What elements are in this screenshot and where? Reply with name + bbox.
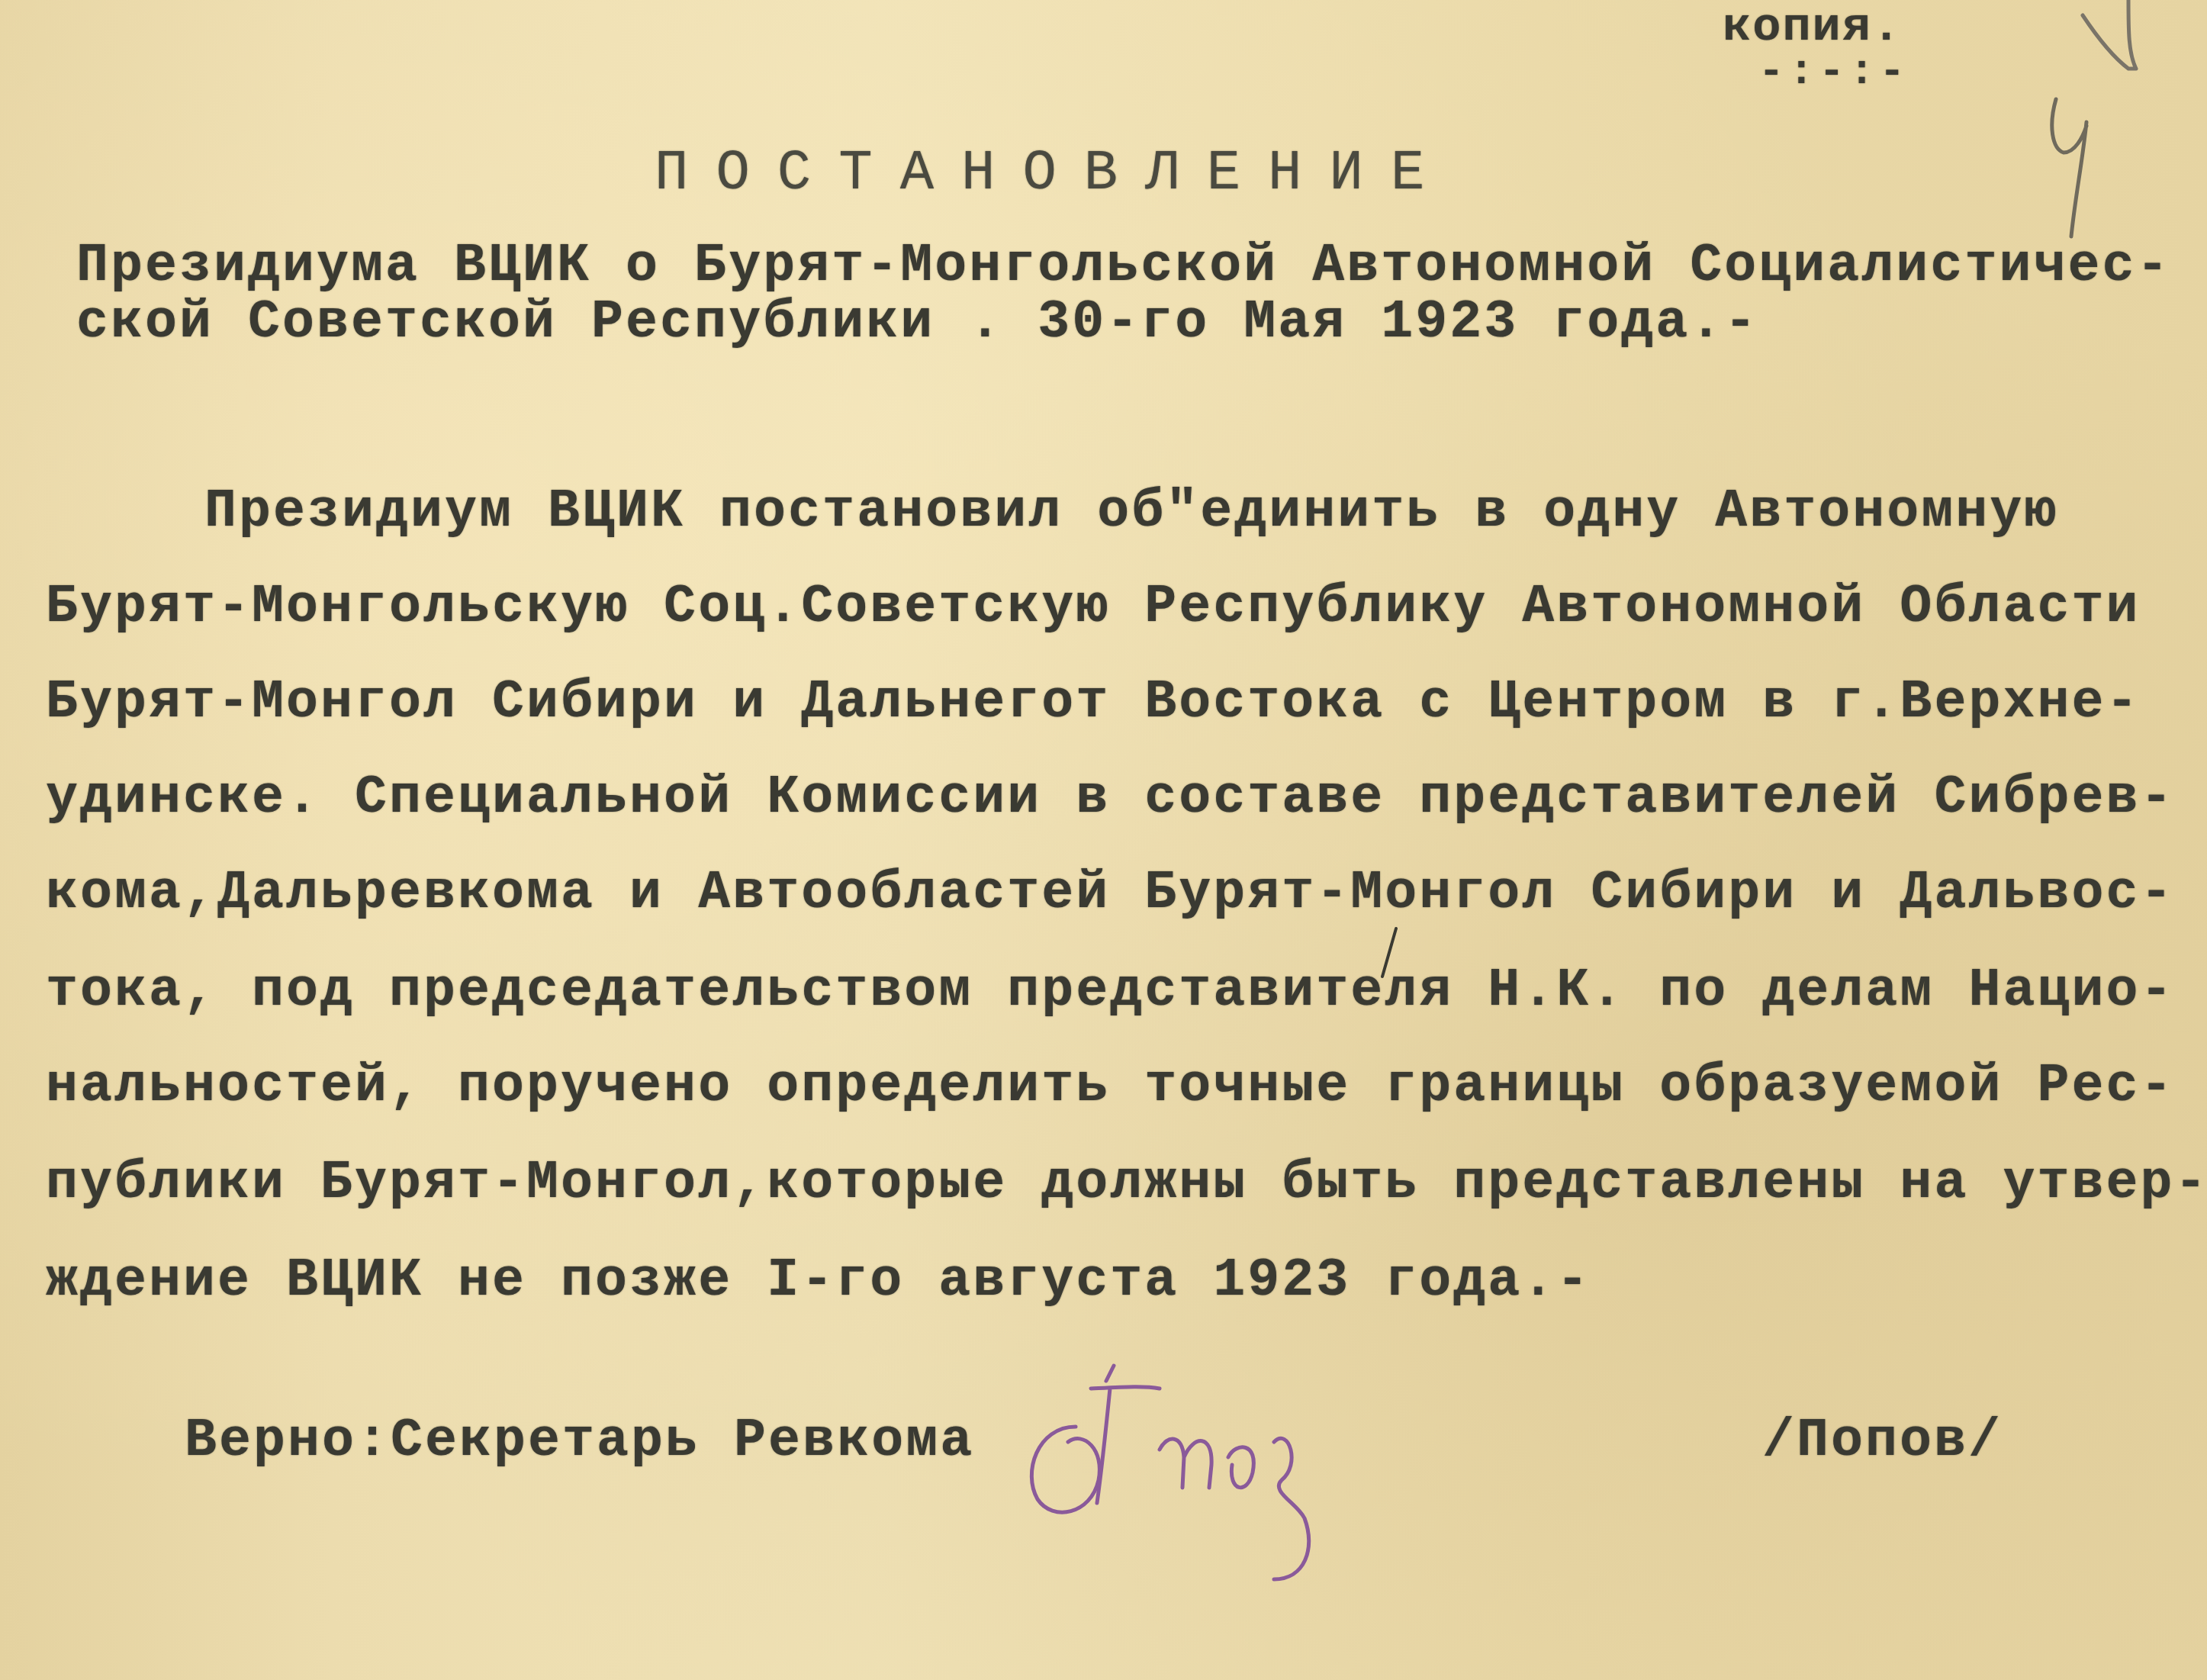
copy-mark: копия. xyxy=(1723,0,1902,54)
certification-signoff: Верно:Секретарь Ревкома xyxy=(185,1411,974,1472)
body-line-2: Бурят-Монгольскую Соц.Советскую Республи… xyxy=(46,578,2140,638)
pencil-page-number-icon xyxy=(2014,0,2197,244)
copy-separator: -:-:- xyxy=(1758,47,1909,96)
body-line-5: кома,Дальревкома и Автообластей Бурят-Мо… xyxy=(46,864,2174,924)
heading-line-1: Президиума ВЦИК о Бурят-Монгольской Авто… xyxy=(76,237,2170,297)
handwritten-signature-icon xyxy=(1007,1358,1495,1587)
body-line-3: Бурят-Монгол Сибири и Дальнегот Востока … xyxy=(46,673,2140,733)
signatory-name: /Попов/ xyxy=(1762,1411,2003,1472)
body-line-4: удинске. Специальной Комиссии в составе … xyxy=(46,768,2174,829)
body-line-1: Президиум ВЦИК постановил об"единить в о… xyxy=(204,482,2058,542)
archival-document-page: копия. -:-:- ПОСТАНОВЛЕНИЕ Президиума ВЦ… xyxy=(0,0,2207,1680)
heading-line-2: ской Советской Республики . 30-го Мая 19… xyxy=(76,293,1758,353)
body-line-6: тока, под председательством представител… xyxy=(46,961,2174,1022)
body-line-7: нальностей, поручено определить точные г… xyxy=(46,1057,2174,1117)
document-title: ПОСТАНОВЛЕНИЕ xyxy=(655,142,1452,206)
pencil-tick-mark xyxy=(1373,927,1404,980)
body-line-8: публики Бурят-Монгол,которые должны быть… xyxy=(46,1154,2207,1214)
body-line-9: ждение ВЦИК не позже I-го августа 1923 г… xyxy=(46,1251,1591,1311)
